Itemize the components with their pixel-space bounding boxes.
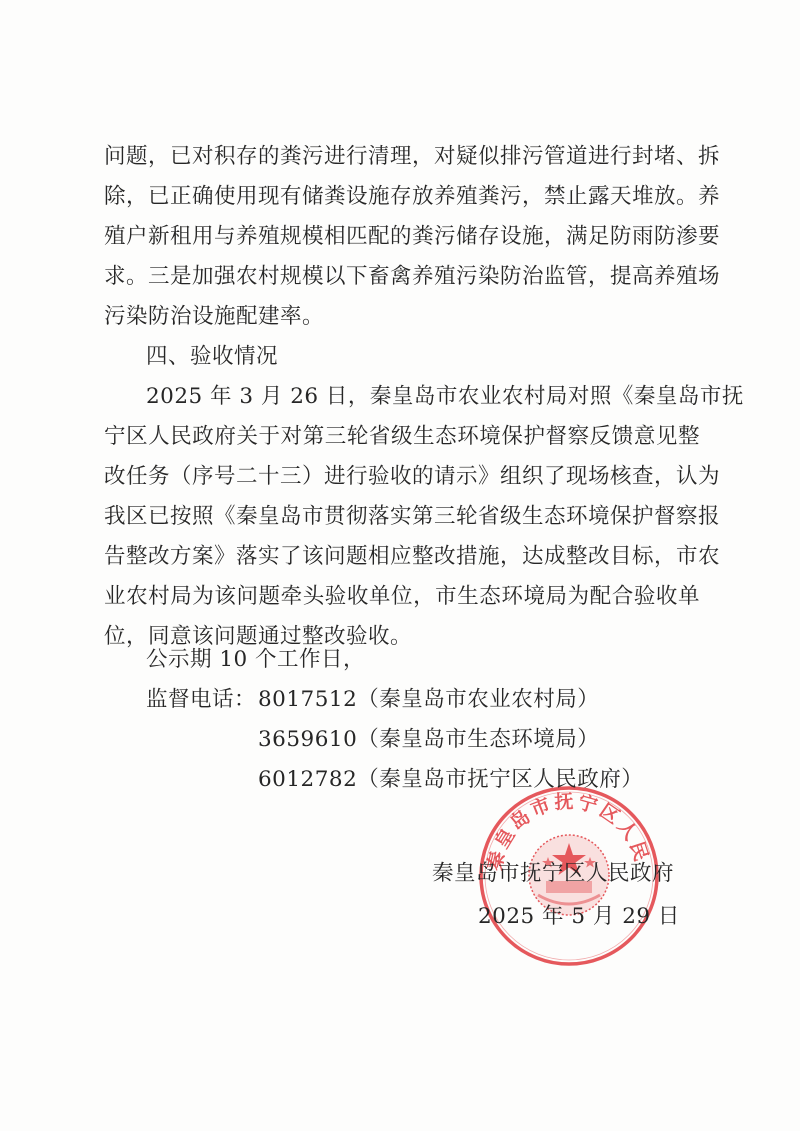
supervision-phone: 6012782（秦皇岛市抚宁区人民政府）: [258, 766, 643, 794]
body-text-line: 业农村局为该问题牵头验收单位，市生态环境局为配合验收单: [104, 583, 700, 611]
supervision-phone: 8017512（秦皇岛市农业农村局）: [258, 686, 599, 714]
body-text-line: 污染防治设施配建率。: [104, 303, 324, 331]
body-text-line: 求。三是加强农村规模以下畜禽养殖污染防治监管，提高养殖场: [104, 263, 700, 291]
body-text-line: 宁区人民政府关于对第三轮省级生态环境保护督察反馈意见整: [104, 423, 700, 451]
notice-period-text: 公示期 10 个工作日，: [146, 646, 365, 674]
body-text-line: 我区已按照《秦皇岛市贯彻落实第三轮省级生态环境保护督察报: [104, 503, 700, 531]
section-heading: 四、验收情况: [146, 343, 278, 371]
body-text-line: 2025 年 3 月 26 日，秦皇岛市农业农村局对照《秦皇岛市抚: [146, 383, 700, 411]
supervision-phone: 3659610（秦皇岛市生态环境局）: [258, 726, 599, 754]
supervision-label: 监督电话：: [146, 686, 256, 714]
body-text-line: 改任务（序号二十三）进行验收的请示》组织了现场核查，认为: [104, 463, 700, 491]
body-text-line: 除，已正确使用现有储粪设施存放养殖粪污，禁止露天堆放。养: [104, 183, 700, 211]
body-text-line: 问题，已对积存的粪污进行清理，对疑似排污管道进行封堵、拆: [104, 143, 700, 171]
signature-organization: 秦皇岛市抚宁区人民政府: [432, 860, 674, 888]
document-page: 秦皇岛市抚宁区人民政府 问题，已对积存的粪污进行清理，对疑似排污管道进行封堵、拆…: [0, 0, 800, 1131]
body-text-line: 告整改方案》落实了该问题相应整改措施，达成整改目标，市农: [104, 543, 700, 571]
signature-date: 2025 年 5 月 29 日: [478, 903, 680, 931]
body-text-line: 殖户新租用与养殖规模相匹配的粪污储存设施，满足防雨防渗要: [104, 223, 700, 251]
